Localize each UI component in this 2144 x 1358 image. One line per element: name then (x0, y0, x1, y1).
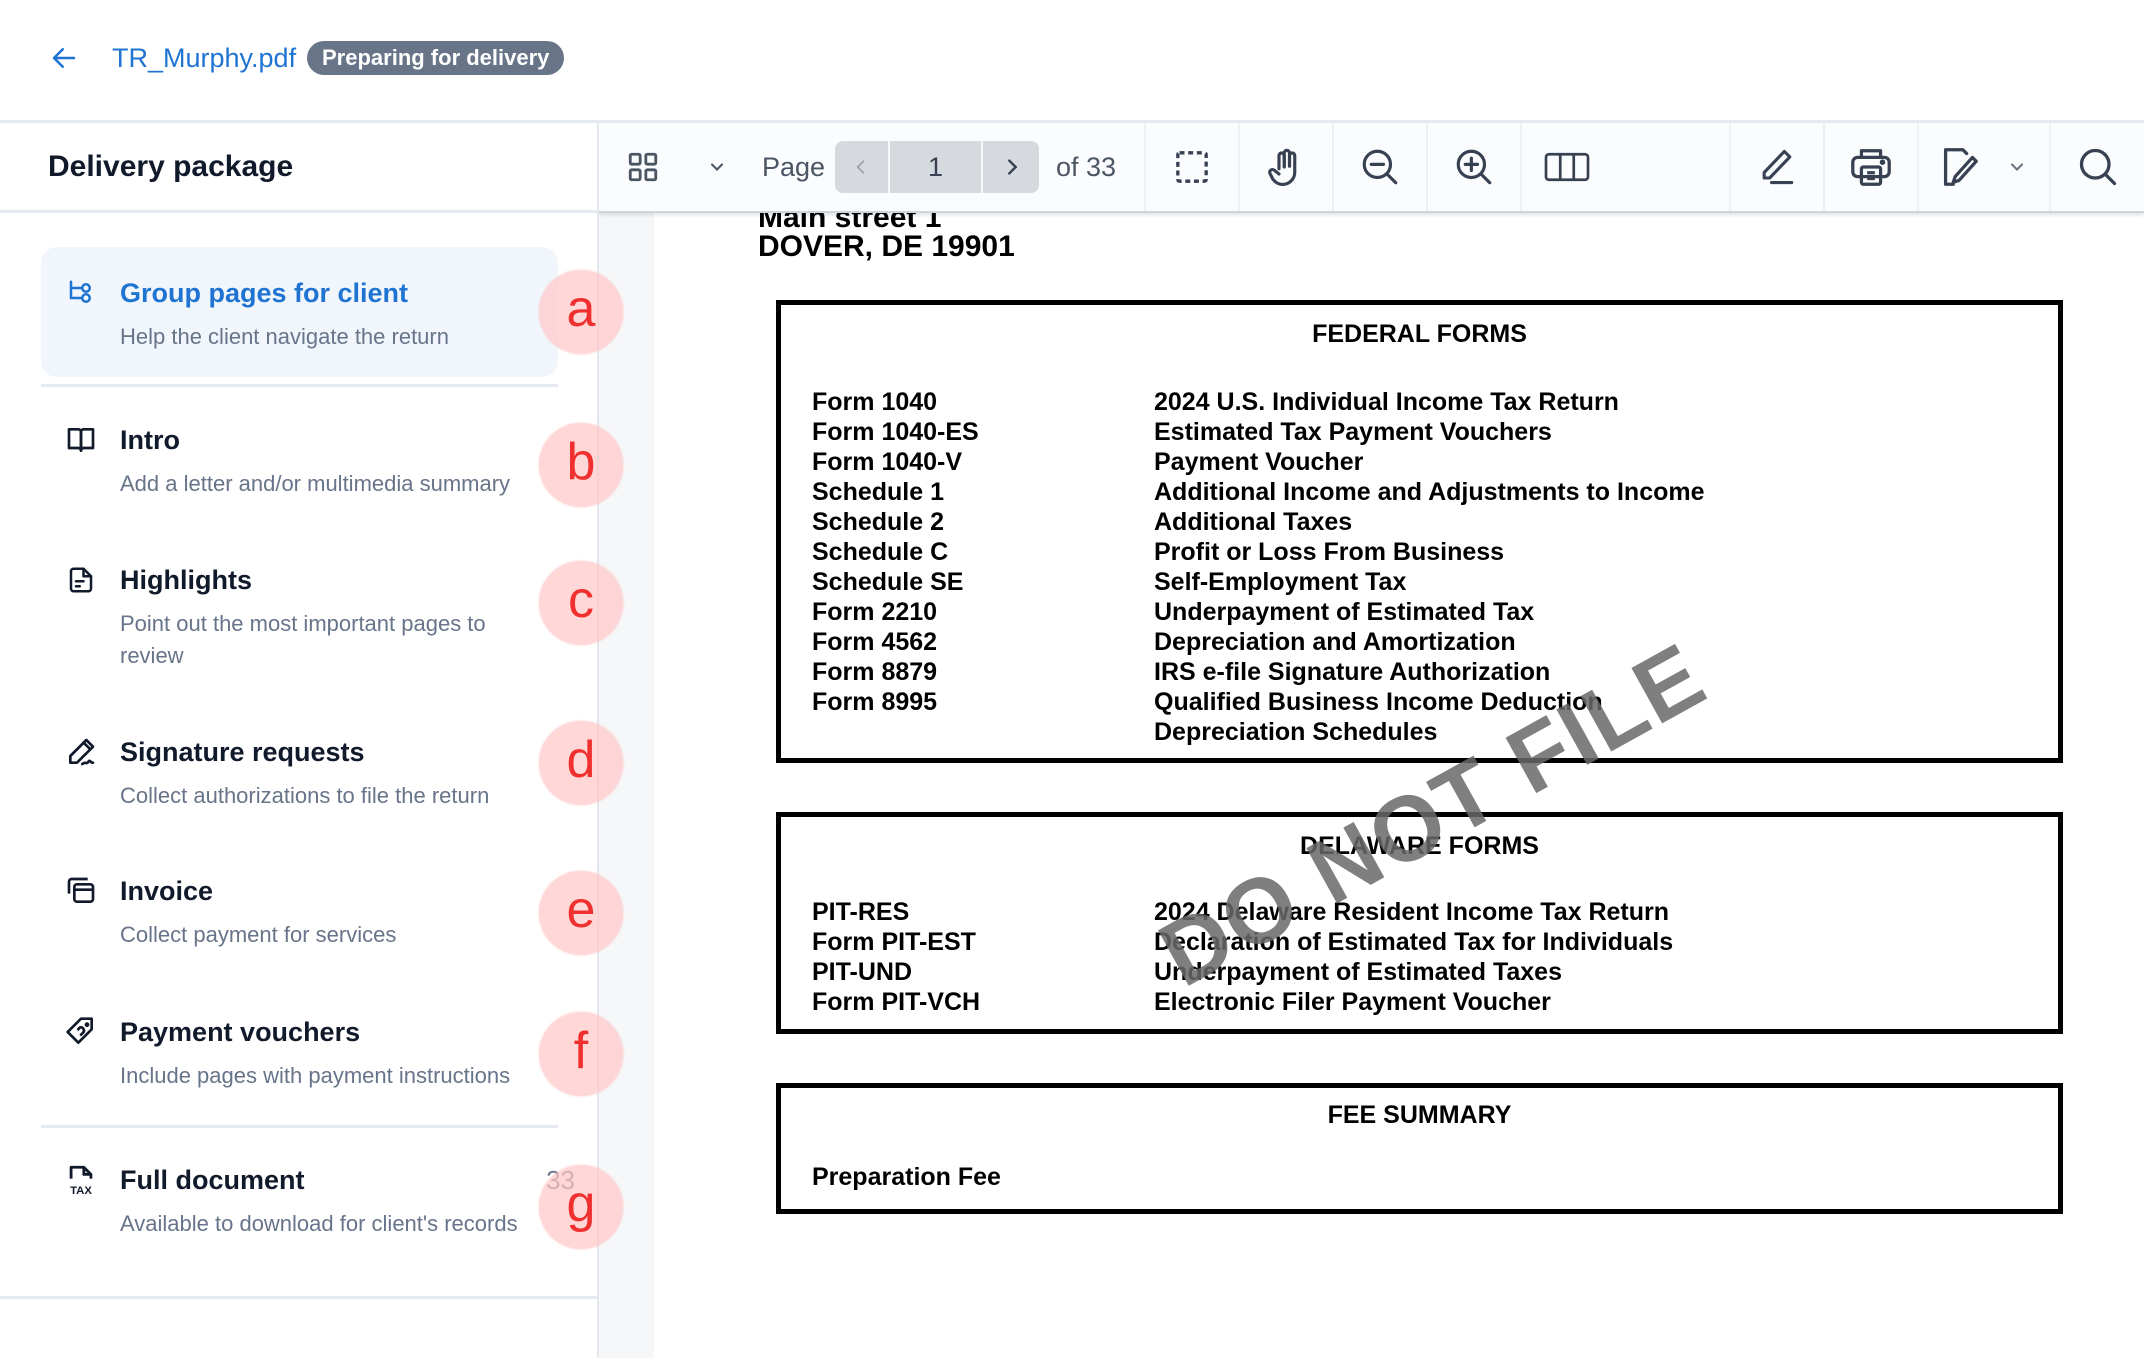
marker-b: b (539, 423, 623, 507)
form-code: Form 2210 (812, 597, 937, 627)
divider (41, 1125, 558, 1128)
form-code: Form 1040 (812, 387, 937, 417)
zoom-in-button[interactable] (1428, 123, 1520, 211)
select-area-icon (1172, 147, 1212, 187)
back-button[interactable] (46, 40, 82, 76)
sidebar-item-title: Signature requests (120, 734, 365, 770)
search-button[interactable] (2051, 123, 2144, 211)
thumbnails-button[interactable] (613, 123, 673, 211)
form-description: Additional Income and Adjustments to Inc… (1154, 477, 1705, 507)
thumbnails-dropdown[interactable] (697, 123, 737, 211)
zoom-in-icon (1453, 146, 1495, 188)
sidebar-item-description: Available to download for client's recor… (120, 1208, 580, 1240)
sidebar-item-description: Point out the most important pages to re… (120, 608, 530, 672)
fee-summary-title: FEE SUMMARY (781, 1100, 2058, 1130)
edit-document-button[interactable] (1919, 123, 1999, 211)
sidebar-item-title: Highlights (120, 562, 252, 598)
columns-view-icon (1544, 152, 1590, 182)
zoom-out-icon (1359, 146, 1401, 188)
top-bar: TR_Murphy.pdf Preparing for delivery (0, 0, 2144, 123)
group-pages-icon (63, 275, 99, 311)
form-description: Estimated Tax Payment Vouchers (1154, 417, 1552, 447)
edit-document-icon (1936, 144, 1982, 190)
sidebar-item-description: Add a letter and/or multimedia summary (120, 468, 580, 500)
sidebar-title: Delivery package (48, 150, 293, 184)
current-page-input[interactable]: 1 (888, 141, 983, 193)
page-label: Page (762, 149, 825, 185)
edit-document-dropdown[interactable] (1997, 123, 2037, 211)
form-description: 2024 U.S. Individual Income Tax Return (1154, 387, 1619, 417)
federal-forms-title: FEDERAL FORMS (781, 319, 2058, 349)
sidebar-item-description: Help the client navigate the return (120, 321, 540, 353)
fee-summary-box: FEE SUMMARY Preparation Fee (776, 1083, 2063, 1214)
form-code: Schedule 2 (812, 507, 944, 537)
signature-pen-icon (63, 734, 99, 770)
sidebar-item-title: Invoice (120, 873, 213, 909)
form-code: Form PIT-VCH (812, 987, 980, 1017)
form-description: Profit or Loss From Business (1154, 537, 1504, 567)
sidebar-item-title: Intro (120, 422, 180, 458)
annotate-button[interactable] (1731, 123, 1823, 211)
form-code: PIT-RES (812, 897, 909, 927)
annotate-pencil-icon (1755, 145, 1799, 189)
book-open-icon (63, 422, 99, 458)
svg-text:TAX: TAX (70, 1185, 92, 1197)
sidebar-item-description: Collect payment for services (120, 919, 540, 951)
divider (0, 1296, 597, 1299)
form-code: PIT-UND (812, 957, 912, 987)
form-description: Payment Voucher (1154, 447, 1363, 477)
sidebar-item-title: Payment vouchers (120, 1014, 360, 1050)
marker-c: c (539, 561, 623, 645)
marker-d: d (539, 721, 623, 805)
form-description: Underpayment of Estimated Tax (1154, 597, 1534, 627)
pdf-viewer: Page 1 of 33 (599, 123, 2144, 1358)
form-code: Form 4562 (812, 627, 937, 657)
divider (41, 384, 558, 387)
form-code: Schedule 1 (812, 477, 944, 507)
hand-pan-icon (1265, 146, 1307, 188)
status-badge: Preparing for delivery (307, 41, 564, 75)
sidebar-item-title: Full document (120, 1162, 305, 1198)
active-item-background (41, 247, 558, 377)
form-code: Form 1040-V (812, 447, 962, 477)
pdf-page[interactable]: Main street 1 DOVER, DE 19901 FEDERAL FO… (654, 213, 2144, 1358)
form-description: Self-Employment Tax (1154, 567, 1406, 597)
chevron-left-icon (851, 157, 871, 177)
form-code: Schedule C (812, 537, 948, 567)
file-text-icon (63, 562, 99, 598)
next-page-button[interactable] (985, 141, 1039, 193)
total-pages: of 33 (1056, 149, 1116, 185)
sidebar-item-title: Group pages for client (120, 275, 408, 311)
previous-page-button[interactable] (835, 141, 886, 193)
page-navigator: 1 (835, 141, 1039, 193)
print-icon (1848, 144, 1894, 190)
pan-tool-button[interactable] (1240, 123, 1332, 211)
grid-icon (626, 150, 660, 184)
marker-e: e (539, 871, 623, 955)
sidebar-item-description: Include pages with payment instructions (120, 1060, 580, 1092)
tax-document-icon: TAX (63, 1162, 99, 1198)
form-description: Depreciation Schedules (1154, 717, 1437, 747)
search-icon (2076, 145, 2120, 189)
marker-g: g (539, 1165, 623, 1249)
chevron-right-icon (1001, 156, 1023, 178)
form-code: Form PIT-EST (812, 927, 976, 957)
file-name-link[interactable]: TR_Murphy.pdf (112, 40, 296, 76)
print-button[interactable] (1825, 123, 1917, 211)
address-city: DOVER, DE 19901 (758, 230, 1015, 264)
viewer-toolbar: Page 1 of 33 (599, 123, 2144, 213)
price-tag-icon (63, 1014, 99, 1050)
form-code: Schedule SE (812, 567, 963, 597)
form-description: Depreciation and Amortization (1154, 627, 1516, 657)
sidebar-item-description: Collect authorizations to file the retur… (120, 780, 560, 812)
chevron-down-icon (2007, 157, 2027, 177)
form-code: Preparation Fee (812, 1162, 1001, 1192)
form-description: Additional Taxes (1154, 507, 1352, 537)
marker-f: f (539, 1012, 623, 1096)
page-layout-button[interactable] (1522, 123, 1612, 211)
invoice-cards-icon (63, 873, 99, 909)
sidebar-header: Delivery package (0, 123, 597, 213)
form-code: Form 8879 (812, 657, 937, 687)
federal-forms-box: FEDERAL FORMS Form 10402024 U.S. Individ… (776, 300, 2063, 763)
delivery-package-sidebar: Delivery package Group pages for client … (0, 123, 599, 1358)
marker-a: a (539, 270, 623, 354)
form-description: IRS e-file Signature Authorization (1154, 657, 1550, 687)
chevron-down-icon (707, 157, 727, 177)
select-area-button[interactable] (1146, 123, 1238, 211)
zoom-out-button[interactable] (1334, 123, 1426, 211)
form-code: Form 1040-ES (812, 417, 979, 447)
arrow-left-icon (49, 43, 79, 73)
form-code: Form 8995 (812, 687, 937, 717)
